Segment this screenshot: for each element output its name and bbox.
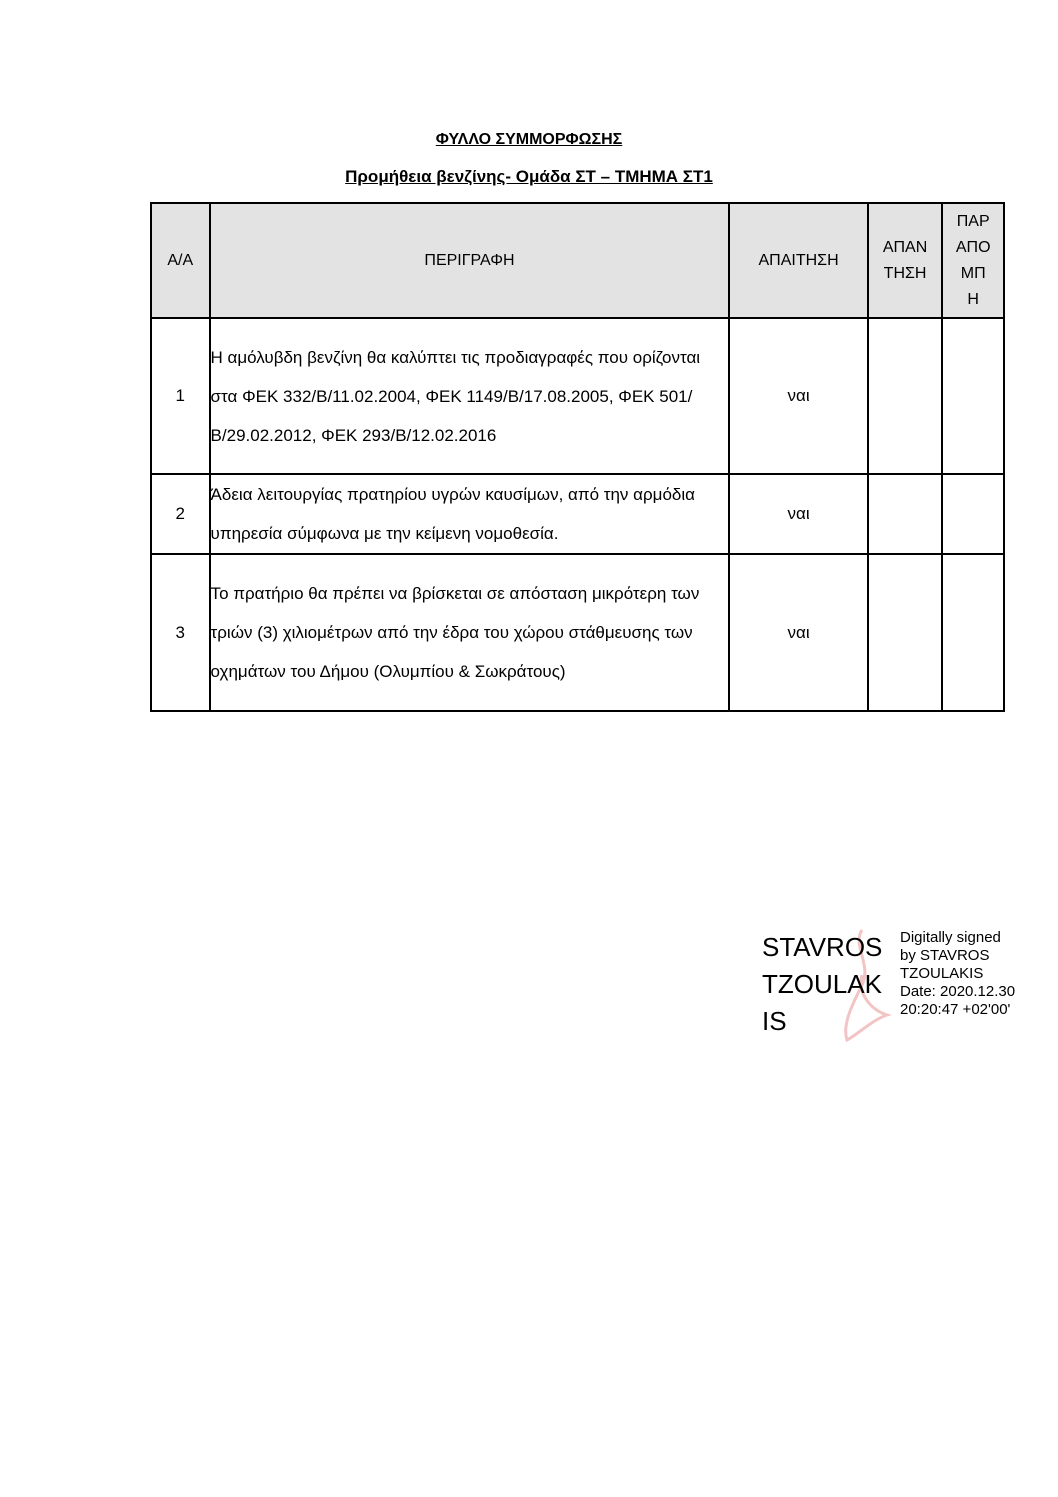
row-number: 3 (151, 554, 210, 711)
row-answer (868, 474, 943, 554)
header-aa: Α/Α (151, 203, 210, 318)
table-row: 1 Η αμόλυβδη βενζίνη θα καλύπτει τις προ… (151, 318, 1004, 474)
row-reference (942, 318, 1004, 474)
header-description: ΠΕΡΙΓΡΑΦΗ (210, 203, 730, 318)
header-answer: ΑΠΑΝ ΤΗΣΗ (868, 203, 943, 318)
document-title: ΦΥΛΛΟ ΣΥΜΜΟΡΦΩΣΗΣ (0, 131, 1058, 149)
row-requirement: ναι (729, 554, 867, 711)
compliance-table: Α/Α ΠΕΡΙΓΡΑΦΗ ΑΠΑΙΤΗΣΗ ΑΠΑΝ ΤΗΣΗ ΠΑΡ ΑΠΟ… (150, 202, 1005, 712)
row-number: 2 (151, 474, 210, 554)
table-row: 3 Το πρατήριο θα πρέπει να βρίσκεται σε … (151, 554, 1004, 711)
table-header-row: Α/Α ΠΕΡΙΓΡΑΦΗ ΑΠΑΙΤΗΣΗ ΑΠΑΝ ΤΗΣΗ ΠΑΡ ΑΠΟ… (151, 203, 1004, 318)
document-subtitle: Προμήθεια βενζίνης- Ομάδα ΣΤ – ΤΜΗΜΑ ΣΤ1 (0, 167, 1058, 187)
header-reference: ΠΑΡ ΑΠΟ ΜΠ Η (942, 203, 1004, 318)
row-number: 1 (151, 318, 210, 474)
signature-details: Digitally signed by STAVROS TZOULAKIS Da… (900, 929, 1015, 1019)
row-description: Το πρατήριο θα πρέπει να βρίσκεται σε απ… (210, 554, 730, 711)
table-row: 2 Άδεια λειτουργίας πρατηρίου υγρών καυσ… (151, 474, 1004, 554)
signer-name: STAVROS TZOULAK IS (762, 929, 882, 1040)
row-reference (942, 554, 1004, 711)
row-reference (942, 474, 1004, 554)
row-requirement: ναι (729, 474, 867, 554)
row-description: Άδεια λειτουργίας πρατηρίου υγρών καυσίμ… (210, 474, 730, 554)
header-requirement: ΑΠΑΙΤΗΣΗ (729, 203, 867, 318)
row-description: Η αμόλυβδη βενζίνη θα καλύπτει τις προδι… (210, 318, 730, 474)
row-answer (868, 554, 943, 711)
row-answer (868, 318, 943, 474)
digital-signature[interactable]: STAVROS TZOULAK IS Digitally signed by S… (762, 925, 1042, 1055)
row-requirement: ναι (729, 318, 867, 474)
